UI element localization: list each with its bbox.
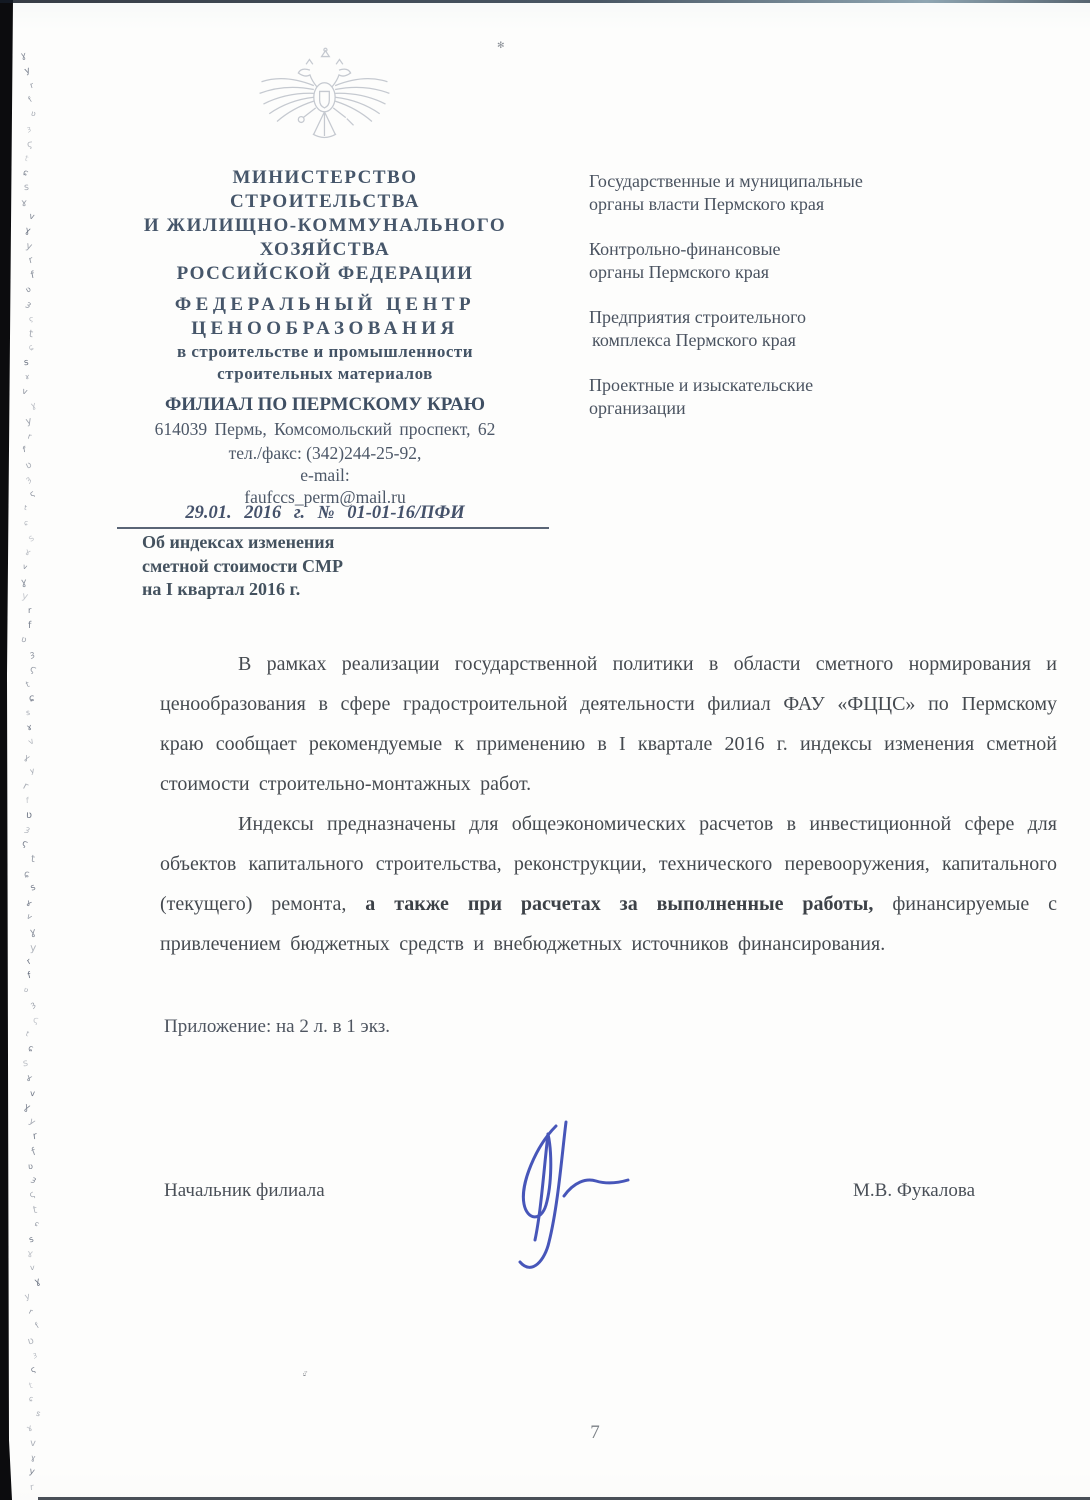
federal-center-line: ЦЕНООБРАЗОВАНИЯ [103,317,547,341]
scan-edge-left [0,0,14,1500]
page-number: 7 [560,1422,630,1444]
ministry-line: РОССИЙСКОЙ ФЕДЕРАЦИИ [103,262,547,286]
attachment-note: Приложение: на 2 л. в 1 экз. [164,1016,390,1038]
body-paragraph-1: В рамках реализации государственной поли… [160,644,1057,804]
recipient-group: Предприятия строительного комплекса Перм… [589,306,919,352]
recipient-line: комплекса Пермского края [589,329,919,352]
ministry-name-block: МИНИСТЕРСТВО СТРОИТЕЛЬСТВА И ЖИЛИЩНО-КОМ… [103,166,547,286]
federal-center-subtitle-line: строительных материалов [103,363,547,385]
ministry-line: МИНИСТЕРСТВО [103,166,547,190]
scanned-letter-page: ɣyrfʋȝϛtɕsɤvɣyrfʋȝϛtɕsɤvɣyrfʋȝϛtɕsɤvɣyrf… [0,0,1090,1500]
scan-speck: ⸚̈ [303,1368,306,1381]
signer-position: Начальник филиала [164,1180,325,1202]
subject-line: на I квартал 2016 г. [142,578,343,602]
recipient-line: Проектные и изыскательские [589,374,919,397]
signer-name: М.В. Фукалова [853,1180,975,1202]
branch-address: 614039 Пермь, Комсомольский проспект, 62 [103,417,547,441]
federal-center-subtitle: в строительстве и промышленности строите… [103,341,547,385]
federal-center-line: ФЕДЕРАЛЬНЫЙ ЦЕНТР [103,293,547,317]
ministry-line: ХОЗЯЙСТВА [103,238,547,262]
paragraph-text: В рамках реализации государственной поли… [160,653,1057,795]
handwritten-signature [478,1112,638,1282]
letterhead-divider-line [117,527,549,529]
recipient-group: Контрольно-финансовые органы Пермского к… [589,238,919,284]
recipient-line: организации [589,397,919,420]
recipient-group: Государственные и муниципальные органы в… [589,170,919,216]
branch-name: ФИЛИАЛ ПО ПЕРМСКОМУ КРАЮ [103,393,547,417]
recipients-list: Государственные и муниципальные органы в… [589,170,919,442]
scan-edge-top [0,0,1090,3]
letter-body: В рамках реализации государственной поли… [160,644,1057,964]
scan-speck: ✻ [497,40,505,51]
body-paragraph-2: Индексы предназначены для общеэкономичес… [160,804,1057,964]
paragraph-bold-text: а также при расчетах за выполненные рабо… [365,893,873,915]
russia-coat-of-arms-icon [246,46,401,164]
recipient-line: органы власти Пермского края [589,193,919,216]
recipient-line: Государственные и муниципальные [589,170,919,193]
email-label: e-mail: [103,464,547,486]
federal-center-subtitle-line: в строительстве и промышленности [103,341,547,363]
letter-subject: Об индексах изменения сметной стоимости … [142,531,343,602]
recipient-group: Проектные и изыскательские организации [589,374,919,420]
ministry-line: СТРОИТЕЛЬСТВА [103,190,547,214]
recipient-line: Контрольно-финансовые [589,238,919,261]
subject-line: сметной стоимости СМР [142,555,343,579]
branch-phone: тел./факс: (342)244-25-92, [103,441,547,465]
date-and-number-line: 29.01. 2016 г. № 01-01-16/ПФИ [103,503,547,524]
recipient-line: органы Пермского края [589,261,919,284]
recipient-line: Предприятия строительного [589,306,919,329]
subject-line: Об индексах изменения [142,531,343,555]
ministry-line: И ЖИЛИЩНО-КОММУНАЛЬНОГО [103,214,547,238]
federal-center-name: ФЕДЕРАЛЬНЫЙ ЦЕНТР ЦЕНООБРАЗОВАНИЯ [103,293,547,341]
